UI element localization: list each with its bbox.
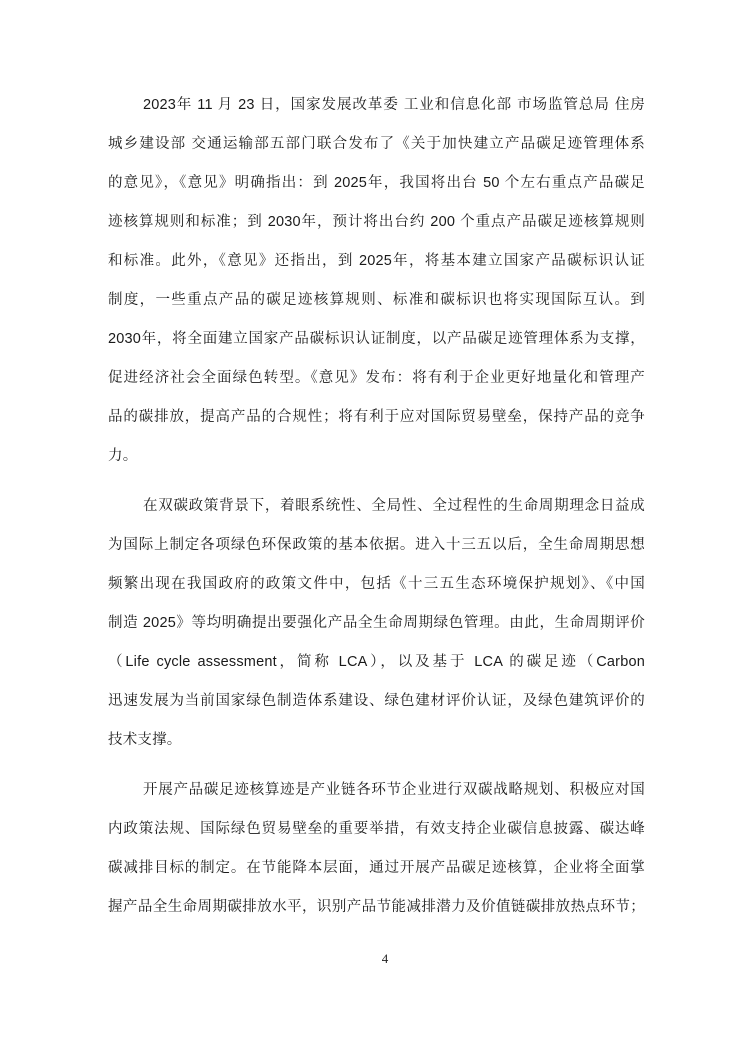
paragraph-carbon-footprint-accounting: 开展产品碳足迹核算迹是产业链各环节企业进行双碳战略规划、积极应对国 内政策法规、… <box>108 771 645 927</box>
text-line: （Life cycle assessment，简称 LCA），以及基于 LCA … <box>108 643 645 682</box>
page-number: 4 <box>0 951 750 967</box>
text-line: 品的碳排放，提高产品的合规性；将有利于应对国际贸易壁垒，保持产品的竞争 <box>108 398 645 437</box>
document-body: 2023年 11 月 23 日，国家发展改革委 工业和信息化部 市场监管总局 住… <box>108 86 645 938</box>
text-line: 迹核算规则和标准；到 2030年，预计将出台约 200 个重点产品碳足迹核算规则 <box>108 203 645 242</box>
text-line: 握产品全生命周期碳排放水平，识别产品节能减排潜力及价值链碳排放热点环节； <box>108 888 645 927</box>
text-line: 力。 <box>108 437 645 476</box>
text-line: 在双碳政策背景下，着眼系统性、全局性、全过程性的生命周期理念日益成 <box>108 487 645 526</box>
text-line: 促进经济社会全面绿色转型。《意见》发布：将有利于企业更好地量化和管理产 <box>108 359 645 398</box>
paragraph-lca-background: 在双碳政策背景下，着眼系统性、全局性、全过程性的生命周期理念日益成 为国际上制定… <box>108 487 645 760</box>
text-line: 的意见》，《意见》明确指出：到 2025年，我国将出台 50 个左右重点产品碳足 <box>108 164 645 203</box>
text-line: 城乡建设部 交通运输部五部门联合发布了《关于加快建立产品碳足迹管理体系 <box>108 125 645 164</box>
document-page: 2023年 11 月 23 日，国家发展改革委 工业和信息化部 市场监管总局 住… <box>0 0 750 1060</box>
text-line: 开展产品碳足迹核算迹是产业链各环节企业进行双碳战略规划、积极应对国 <box>108 771 645 810</box>
text-line: 技术支撑。 <box>108 721 645 760</box>
text-line: 制造 2025》等均明确提出要强化产品全生命周期绿色管理。由此，生命周期评价 <box>108 604 645 643</box>
text-line: 碳减排目标的制定。在节能降本层面，通过开展产品碳足迹核算，企业将全面掌 <box>108 849 645 888</box>
text-line: 迅速发展为当前国家绿色制造体系建设、绿色建材评价认证，及绿色建筑评价的 <box>108 682 645 721</box>
text-line: 制度，一些重点产品的碳足迹核算规则、标准和碳标识也将实现国际互认。到 <box>108 281 645 320</box>
text-line: 和标准。此外，《意见》还指出，到 2025年，将基本建立国家产品碳标识认证 <box>108 242 645 281</box>
text-line: 2030年，将全面建立国家产品碳标识认证制度，以产品碳足迹管理体系为支撑， <box>108 320 645 359</box>
text-line: 2023年 11 月 23 日，国家发展改革委 工业和信息化部 市场监管总局 住… <box>108 86 645 125</box>
text-line: 为国际上制定各项绿色环保政策的基本依据。进入十三五以后，全生命周期思想 <box>108 526 645 565</box>
text-line: 内政策法规、国际绿色贸易壁垒的重要举措，有效支持企业碳信息披露、碳达峰 <box>108 810 645 849</box>
text-line: 频繁出现在我国政府的政策文件中，包括《十三五生态环境保护规划》、《中国 <box>108 565 645 604</box>
paragraph-policy-announcement: 2023年 11 月 23 日，国家发展改革委 工业和信息化部 市场监管总局 住… <box>108 86 645 476</box>
